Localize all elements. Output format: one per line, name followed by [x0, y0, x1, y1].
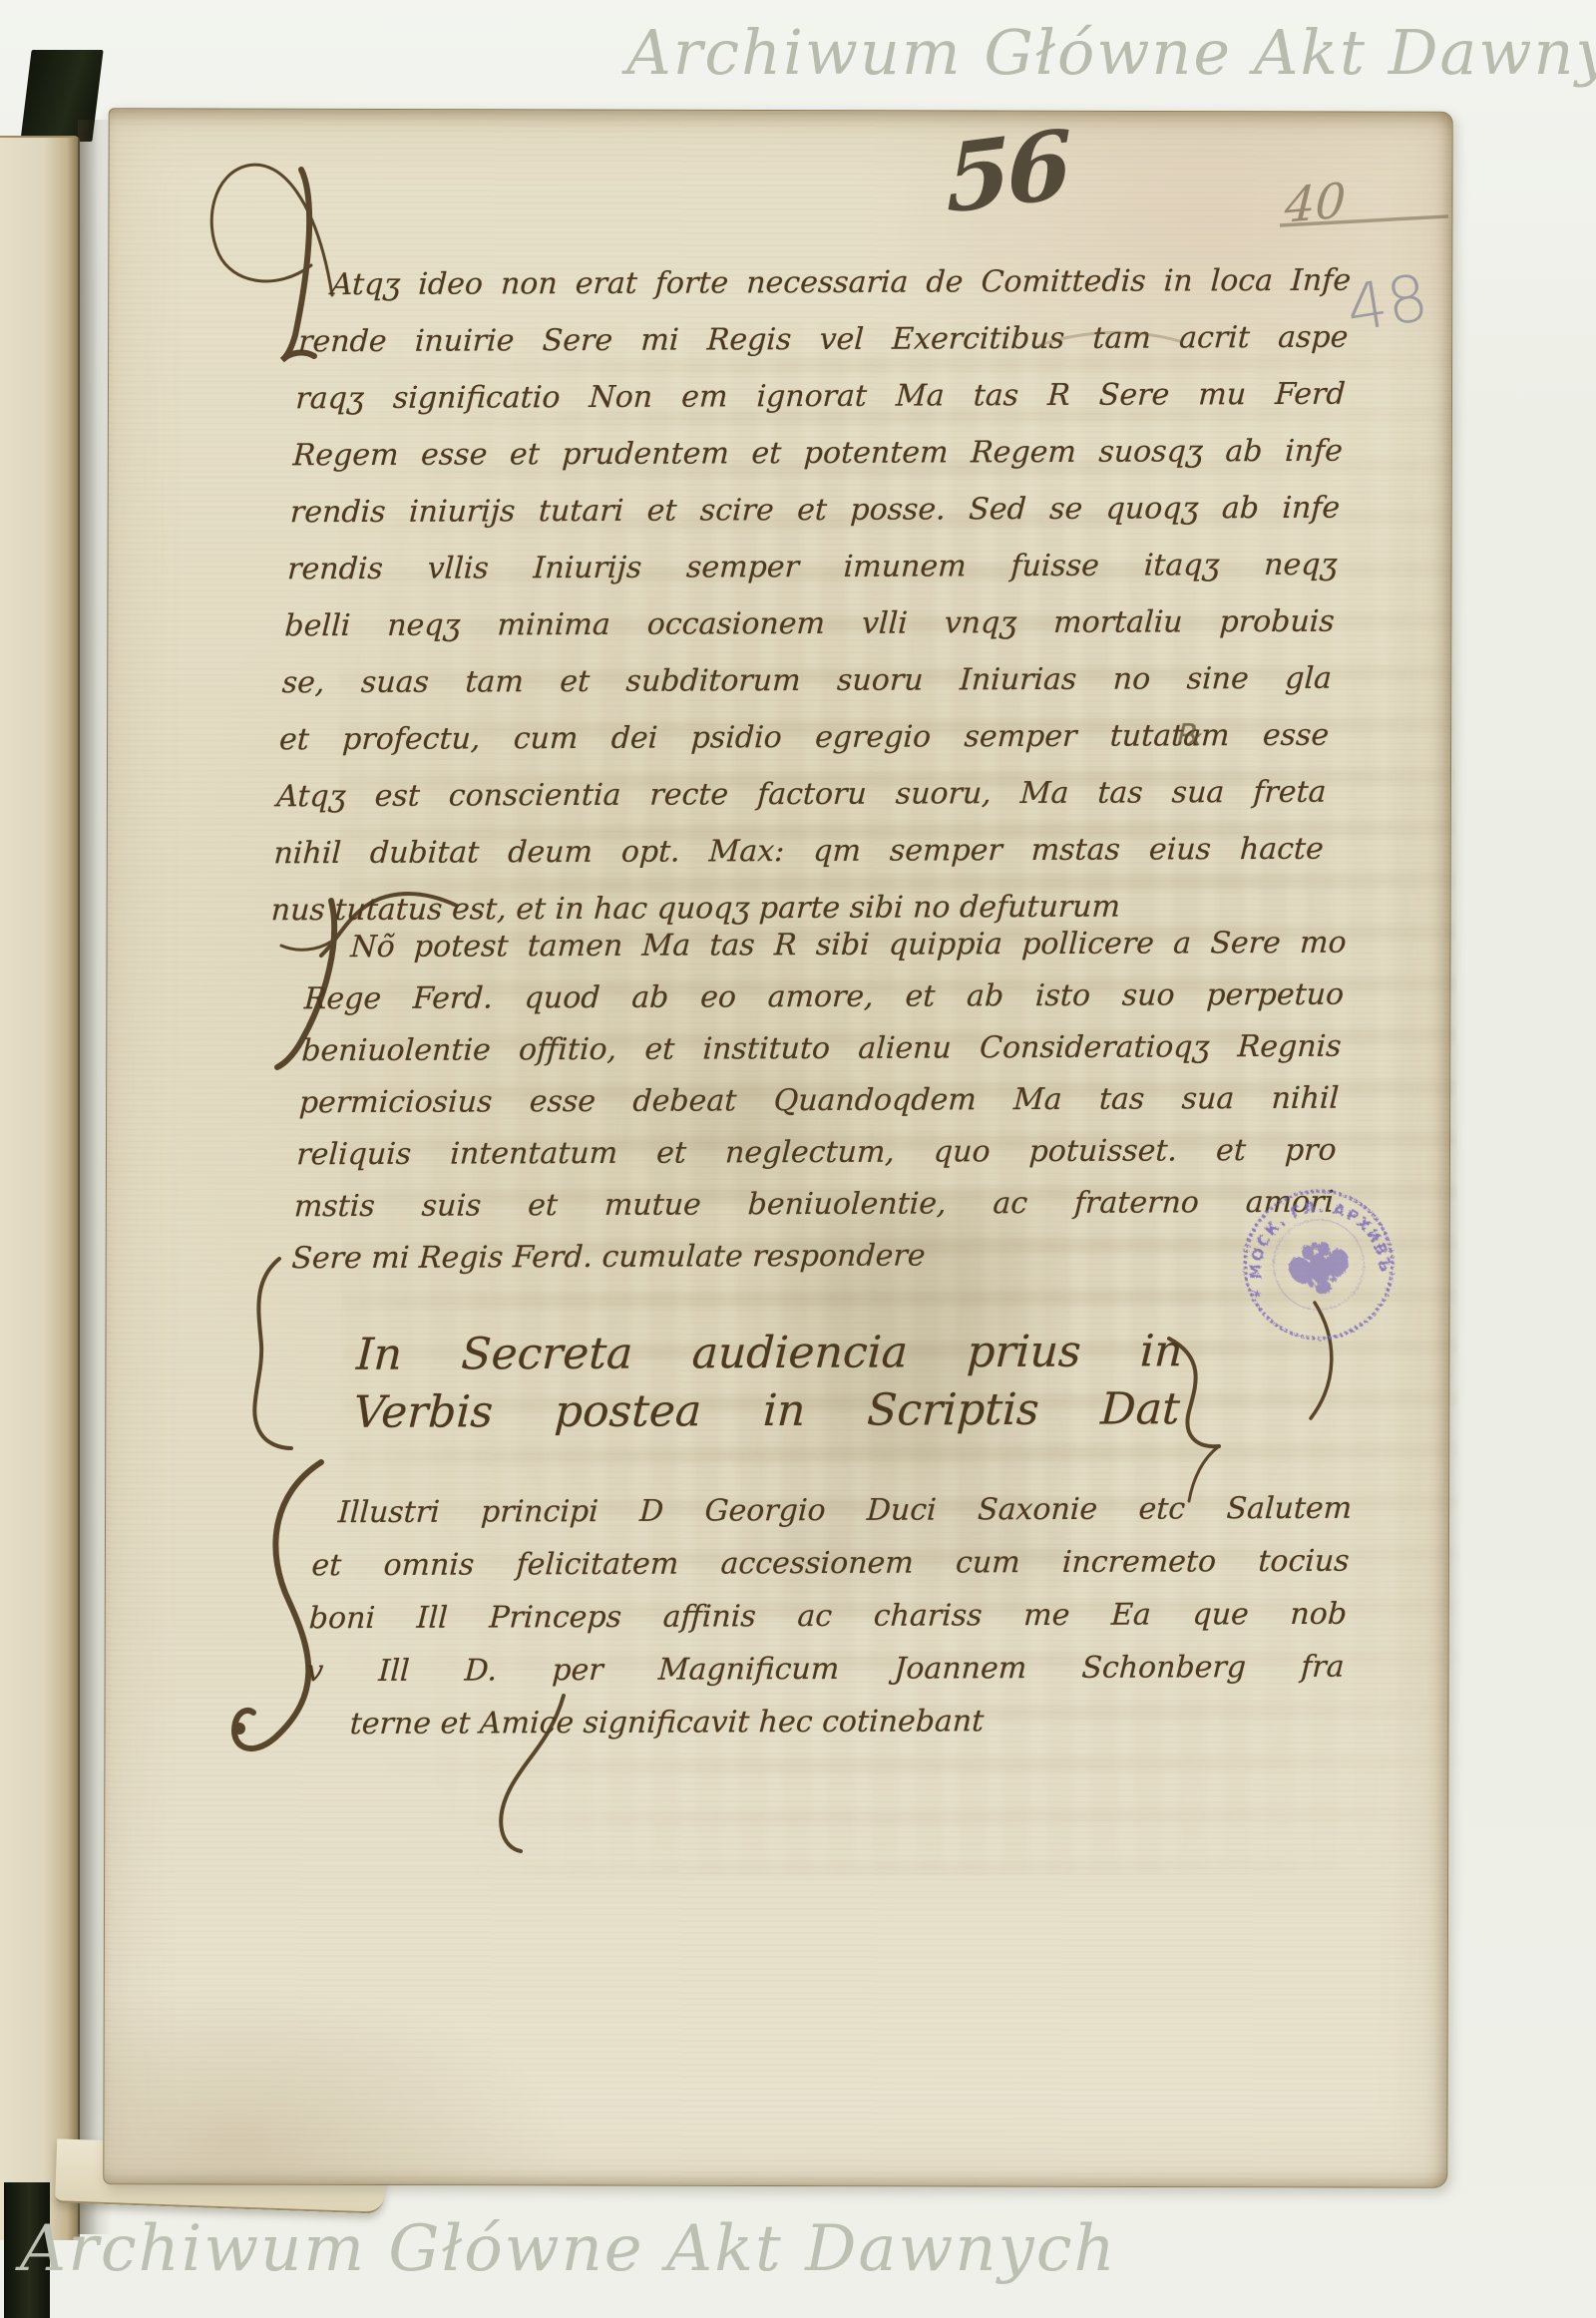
text-line: reliquis intentatum et neglectum, quo po… [295, 1125, 1338, 1182]
text-line: Rege Ferd. quod ab eo amore, et ab isto … [303, 969, 1346, 1026]
text-line: raqʒ significatio Non em ignorat Ma tas … [294, 366, 1347, 428]
text-line: Atqʒ ideo non erat forte necessaria de C… [300, 252, 1353, 314]
archive-stamp: * МОСК. ГЛ. АРХИВЪ * [1222, 1168, 1416, 1362]
folio-number-crossed: 40 [1284, 173, 1348, 234]
folio-number-ink: 56 [945, 110, 1068, 235]
paragraph-2: Nõ potest tamen Ma tas R sibi quippia po… [290, 918, 1348, 1286]
text-line: et profectu, cum dei psidio egregio semp… [278, 707, 1331, 769]
heading-line: In Secreta audiencia prius in [355, 1323, 1184, 1384]
text-line: mstis suis et mutue beniuolentie, ac fra… [293, 1177, 1336, 1234]
text-line: Illustri principi D Georgio Duci Saxonie… [313, 1482, 1354, 1540]
text-line: terne et Amice significavit hec cotineba… [303, 1694, 1344, 1751]
heading-line: Verbis postea in Scriptis Dat [352, 1380, 1181, 1442]
text-line: rendis vllis Iniurijs semper imunem fuis… [286, 537, 1339, 598]
paragraph-1: Atqʒ ideo non erat forte necessaria de C… [269, 252, 1352, 940]
text-line: rendis iniurijs tutari et scire et posse… [289, 480, 1342, 542]
text-line: Regem esse et prudentem et potentem Rege… [291, 423, 1344, 485]
text-line: permiciosius esse debeat Quandoqdem Ma t… [298, 1073, 1341, 1130]
text-line: Atqʒ est conscientia recte factoru suoru… [275, 764, 1328, 826]
text-line: rende inuirie Sere mi Regis vel Exerciti… [297, 309, 1350, 371]
text-line: Sere mi Regis Ferd. cumulate respondere [290, 1229, 1333, 1286]
text-line: et omnis felicitatem accessionem cum inc… [310, 1535, 1351, 1593]
text-line: belli neqʒ minima occasionem vlli vnqʒ m… [283, 593, 1336, 655]
text-line: beniuolentie offitio, et instituto alien… [300, 1021, 1343, 1078]
text-line: se, suas tam et subditorum suoru Iniuria… [280, 650, 1333, 712]
margin-mark: ℞ [1175, 718, 1202, 753]
text-line: v Ill D. per Magnificum Joannem Schonber… [305, 1641, 1346, 1699]
double-headed-eagle-emblem [1280, 1235, 1359, 1301]
text-line: nihil dubitat deum opt. Max: qm semper m… [272, 821, 1325, 883]
paragraph-3: Illustri principi D Georgio Duci Saxonie… [303, 1482, 1354, 1751]
previous-page-edge [0, 136, 80, 2240]
folio-number-pencil: 48 [1342, 261, 1433, 347]
archive-watermark-bottom: Archiwum Główne Akt Dawnych [20, 2212, 1117, 2286]
section-heading: In Secreta audiencia prius in Verbis pos… [352, 1323, 1184, 1442]
text-line: boni Ill Princeps affinis ac chariss me … [308, 1588, 1349, 1646]
text-line: Nõ potest tamen Ma tas R sibi quippia po… [305, 918, 1348, 974]
archive-watermark-top: Archiwum Główne Akt Dawnych [626, 16, 1596, 89]
